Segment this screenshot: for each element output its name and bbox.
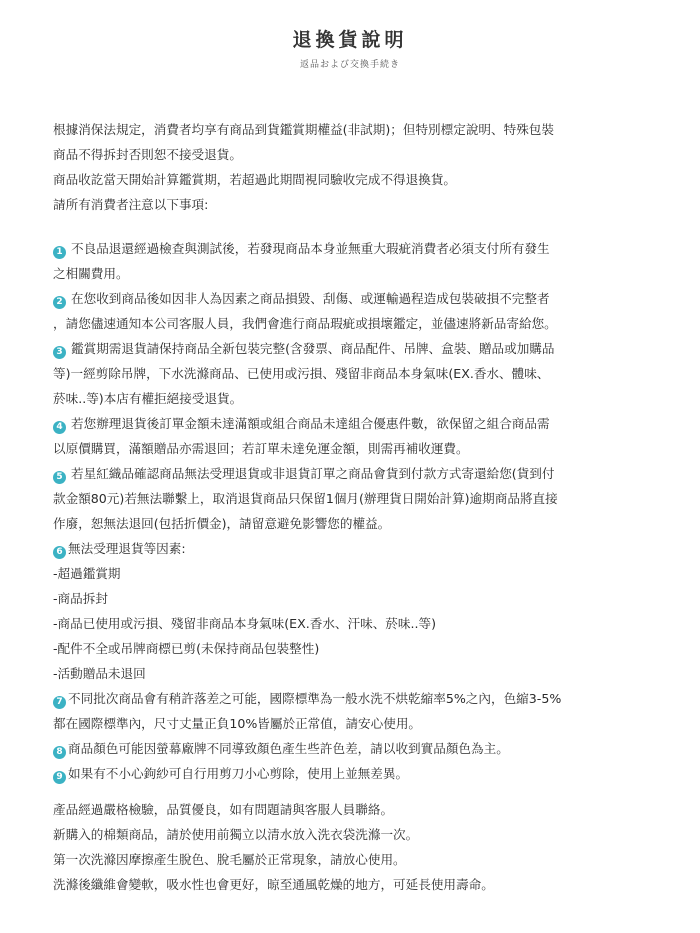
care-line: 洗滌後纖維會變軟，吸水性也會更好，晾至通風乾燥的地方，可延長使用壽命。 xyxy=(53,872,663,897)
care-line: 第一次洗滌因摩擦產生脫色、脫毛屬於正常現象，請放心使用。 xyxy=(53,847,663,872)
item-text: 若您辦理退貨後訂單金額未達滿額或組合商品未達組合優惠件數，欲保留之組合商品需 xyxy=(71,416,550,431)
item-text: -活動贈品未退回 xyxy=(53,661,663,686)
notice-item-3: 3鑑賞期需退貨請保持商品全新包裝完整(含發票、商品配件、吊牌、盒裝、贈品或加購品… xyxy=(53,336,663,411)
notice-item-1: 1不良品退還經過檢查與測試後，若發現商品本身並無重大瑕疵消費者必須支付所有發生 … xyxy=(53,236,663,286)
number-badge-icon: 9 xyxy=(53,771,66,784)
number-badge-icon: 6 xyxy=(53,546,66,559)
notice-item-8: 8商品顏色可能因螢幕廠牌不同導致顏色產生些許色差，請以收到實品顏色為主。 xyxy=(53,736,663,761)
notice-item-5: 5若星紅織品確認商品無法受理退貨或非退貨訂單之商品會貨到付款方式寄還給您(貨到付… xyxy=(53,461,663,536)
care-line: 產品經過嚴格檢驗，品質優良，如有問題請與客服人員聯絡。 xyxy=(53,797,663,822)
number-badge-icon: 3 xyxy=(53,346,66,359)
item-text: -商品已使用或污損、殘留非商品本身氣味(EX.香水、汗味、菸味..等) xyxy=(53,611,663,636)
item-text: 作廢，恕無法退回(包括折價金)，請留意避免影響您的權益。 xyxy=(53,511,663,536)
number-badge-icon: 2 xyxy=(53,296,66,309)
number-badge-icon: 5 xyxy=(53,471,66,484)
item-text: 等)一經剪除吊牌，下水洗滌商品、已使用或污損、殘留非商品本身氣味(EX.香水、體… xyxy=(53,361,663,386)
page-subtitle: 返品および交換手続き xyxy=(0,57,700,70)
number-badge-icon: 1 xyxy=(53,246,66,259)
number-badge-icon: 7 xyxy=(53,696,66,709)
number-badge-icon: 8 xyxy=(53,746,66,759)
item-text: 都在國際標準內，尺寸丈量正負10%皆屬於正常值，請安心使用。 xyxy=(53,711,663,736)
item-text: 款金額80元)若無法聯繫上，取消退貨商品只保留1個月(辦理貨日開始計算)逾期商品… xyxy=(53,486,663,511)
item-text: 無法受理退貨等因素: xyxy=(68,541,186,556)
item-text: 以原價購買，滿額贈品亦需退回；若訂單未達免運金額，則需再補收運費。 xyxy=(53,436,663,461)
notice-item-4: 4若您辦理退貨後訂單金額未達滿額或組合商品未達組合優惠件數，欲保留之組合商品需 … xyxy=(53,411,663,461)
notice-item-6: 6無法受理退貨等因素: -超過鑑賞期 -商品拆封 -商品已使用或污損、殘留非商品… xyxy=(53,536,663,686)
notice-list: 1不良品退還經過檢查與測試後，若發現商品本身並無重大瑕疵消費者必須支付所有發生 … xyxy=(53,236,663,786)
item-text: -超過鑑賞期 xyxy=(53,561,663,586)
item-text: 如果有不小心鉤紗可自行用剪刀小心剪除，使用上並無差異。 xyxy=(68,766,408,781)
item-text: 在您收到商品後如因非人為因素之商品損毀、刮傷、或運輸過程造成包裝破損不完整者 xyxy=(71,291,550,306)
notice-item-9: 9如果有不小心鉤紗可自行用剪刀小心剪除，使用上並無差異。 xyxy=(53,761,663,786)
item-text: -配件不全或吊牌商標已剪(未保持商品包裝整性) xyxy=(53,636,663,661)
item-text: ，請您儘速通知本公司客服人員，我們會進行商品瑕疵或損壞鑑定，並儘速將新品寄給您。 xyxy=(53,311,663,336)
notice-item-7: 7不同批次商品會有稍許落差之可能，國際標準為一般水洗不烘乾縮率5%之內，色縮3-… xyxy=(53,686,663,736)
item-text: 菸味..等)本店有權拒絕接受退貨。 xyxy=(53,386,663,411)
item-text: 商品顏色可能因螢幕廠牌不同導致顏色產生些許色差，請以收到實品顏色為主。 xyxy=(68,741,509,756)
number-badge-icon: 4 xyxy=(53,421,66,434)
intro-section: 根據消保法規定，消費者均享有商品到貨鑑賞期權益(非試期)；但特別標定說明、特殊包… xyxy=(53,117,663,217)
care-line: 新購入的棉類商品，請於使用前獨立以清水放入洗衣袋洗滌一次。 xyxy=(53,822,663,847)
item-text: 不同批次商品會有稍許落差之可能，國際標準為一般水洗不烘乾縮率5%之內，色縮3-5… xyxy=(68,691,561,706)
intro-line: 請所有消費者注意以下事項: xyxy=(53,192,663,217)
intro-line: 商品不得拆封否則恕不接受退貨。 xyxy=(53,142,663,167)
intro-line: 商品收訖當天開始計算鑑賞期，若超過此期間視同驗收完成不得退換貨。 xyxy=(53,167,663,192)
notice-item-2: 2在您收到商品後如因非人為因素之商品損毀、刮傷、或運輸過程造成包裝破損不完整者 … xyxy=(53,286,663,336)
item-text: -商品拆封 xyxy=(53,586,663,611)
item-text: 之相關費用。 xyxy=(53,261,663,286)
intro-line: 根據消保法規定，消費者均享有商品到貨鑑賞期權益(非試期)；但特別標定說明、特殊包… xyxy=(53,117,663,142)
item-text: 不良品退還經過檢查與測試後，若發現商品本身並無重大瑕疵消費者必須支付所有發生 xyxy=(71,241,550,256)
page-title: 退換貨說明 xyxy=(0,25,700,52)
item-text: 若星紅織品確認商品無法受理退貨或非退貨訂單之商品會貨到付款方式寄還給您(貨到付 xyxy=(71,466,554,481)
care-section: 產品經過嚴格檢驗，品質優良，如有問題請與客服人員聯絡。 新購入的棉類商品，請於使… xyxy=(53,797,663,897)
item-text: 鑑賞期需退貨請保持商品全新包裝完整(含發票、商品配件、吊牌、盒裝、贈品或加購品 xyxy=(71,341,554,356)
